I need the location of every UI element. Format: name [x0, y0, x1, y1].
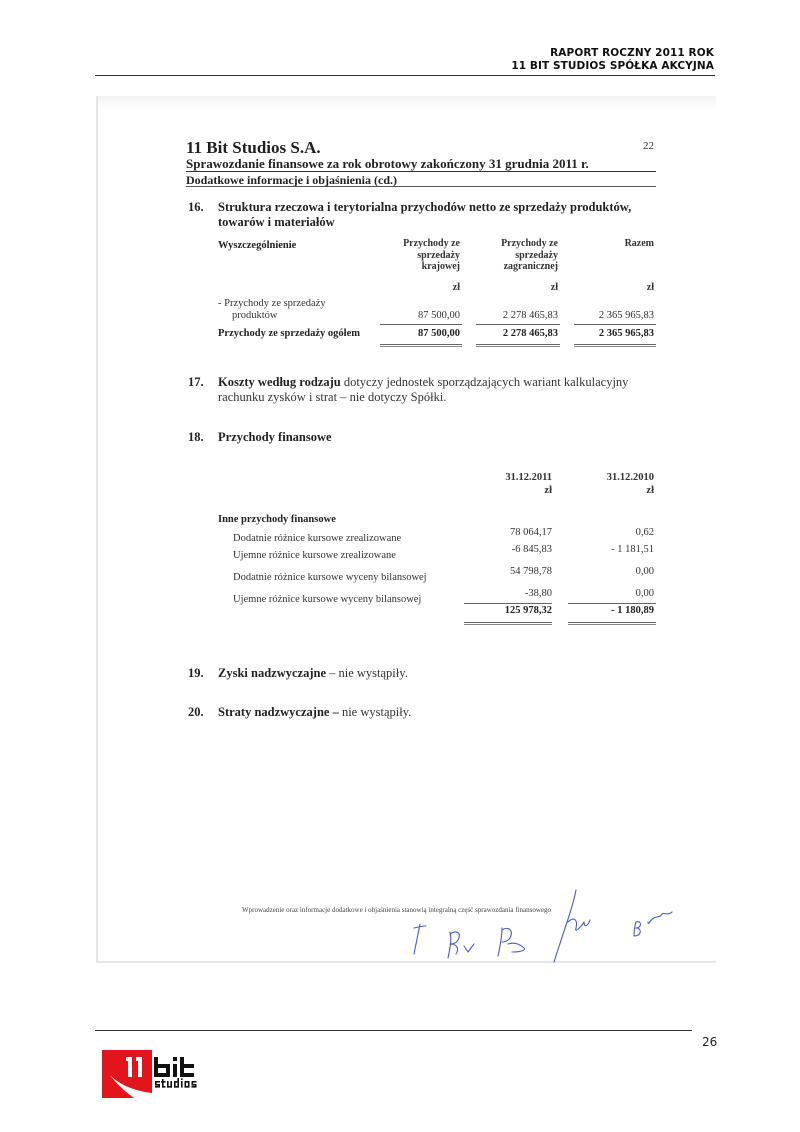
total-value: 2 365 965,83 — [578, 328, 654, 339]
group-label: Inne przychody finansowe — [218, 514, 336, 525]
cell-value: -38,80 — [468, 588, 552, 599]
section-bold-title: Koszty według rodzaju — [218, 375, 341, 389]
section-text-line: dotyczy jednostek sporządzających warian… — [341, 375, 629, 389]
cell-value: 54 798,78 — [468, 566, 552, 577]
section-number: 17. — [188, 375, 204, 390]
header-date: 31.12.2010 — [568, 471, 654, 484]
total-value: 2 278 465,83 — [478, 328, 558, 339]
report-header-text: RAPORT ROCZNY 2011 ROK 11 BIT STUDIOS SP… — [511, 47, 714, 72]
row-label: Ujemne różnice kursowe wyceny bilansowej — [233, 594, 421, 605]
footer-divider — [95, 1030, 692, 1031]
subtitle-divider — [186, 171, 656, 172]
report-title: RAPORT ROCZNY 2011 ROK — [511, 47, 714, 60]
signature-3 — [498, 928, 525, 956]
total-value: 87 500,00 — [378, 328, 460, 339]
section-bold-title: Zyski nadzwyczajne — [218, 666, 326, 680]
header-date: 31.12.2011 — [468, 471, 552, 484]
table-rule — [574, 324, 656, 325]
table-rule — [476, 324, 560, 325]
total-label: Przychody ze sprzedaży ogółem — [218, 328, 360, 339]
row-label-line: - Przychody ze sprzedaży — [218, 298, 326, 310]
row-label: - Przychody ze sprzedaży produktów — [218, 298, 326, 322]
section-number: 20. — [188, 705, 204, 720]
signature-4 — [554, 890, 590, 962]
column-header-total: Razem — [578, 238, 654, 250]
company-title: 11 BIT STUDIOS SPÓŁKA AKCYJNA — [511, 60, 714, 73]
scan-page-number: 22 — [643, 140, 654, 152]
scan-subtitle: Sprawozdanie finansowe za rok obrotowy z… — [186, 156, 589, 172]
cell-value: -6 845,83 — [468, 544, 552, 555]
table-double-rule — [574, 344, 656, 347]
table-double-rule — [568, 622, 656, 625]
unit-label: zł — [378, 282, 460, 294]
section-title: Przychody finansowe — [218, 430, 332, 445]
total-value: - 1 180,89 — [568, 605, 654, 616]
logo-studios-glyphs — [155, 1078, 197, 1088]
section-title-line: towarów i materiałów — [218, 215, 631, 230]
table-rule — [464, 603, 552, 604]
section-text: Zyski nadzwyczajne – nie wystąpiły. — [218, 666, 408, 681]
total-value: 125 978,32 — [468, 605, 552, 616]
row-label: Dodatnie różnice kursowe wyceny bilansow… — [233, 572, 427, 583]
header-line: zagranicznej — [478, 261, 558, 273]
header-line: sprzedaży — [378, 250, 460, 262]
scan-shadow — [98, 96, 716, 110]
signature-2 — [448, 932, 474, 958]
column-header-label: Wyszczególnienie — [218, 240, 296, 251]
section-text-line: rachunku zysków i strat – nie dotyczy Sp… — [218, 390, 698, 405]
section-title-line: Struktura rzeczowa i terytorialna przych… — [218, 200, 631, 215]
cell-value: - 1 181,51 — [568, 544, 654, 555]
cell-value: 2 365 965,83 — [578, 310, 654, 321]
header-unit: zł — [568, 484, 654, 497]
header-line: Razem — [578, 238, 654, 250]
section-text: Straty nadzwyczajne – nie wystąpiły. — [218, 705, 411, 720]
table-double-rule — [464, 622, 552, 625]
cell-value: 0,00 — [568, 588, 654, 599]
cell-value: 0,62 — [568, 527, 654, 538]
row-label: Ujemne różnice kursowe zrealizowane — [233, 550, 396, 561]
header-divider — [95, 75, 715, 76]
row-label: Dodatnie różnice kursowe zrealizowane — [233, 533, 401, 544]
section-text: Koszty według rodzaju dotyczy jednostek … — [218, 375, 698, 405]
signature-5 — [634, 912, 672, 936]
11bit-studios-logo — [102, 1047, 222, 1102]
header-line: Przychody ze — [378, 238, 460, 250]
logo-bit-glyphs — [154, 1057, 194, 1077]
cell-value: 0,00 — [568, 566, 654, 577]
section-number: 19. — [188, 666, 204, 681]
scan-company-name: 11 Bit Studios S.A. — [186, 138, 321, 158]
header-line: sprzedaży — [478, 250, 558, 262]
header-line: krajowej — [378, 261, 460, 273]
signatures — [398, 886, 688, 966]
column-header-2010: 31.12.2010 zł — [568, 471, 654, 497]
section-text-tail: – nie wystąpiły. — [326, 666, 408, 680]
section-number: 18. — [188, 430, 204, 445]
header-unit: zł — [468, 484, 552, 497]
section-title: Struktura rzeczowa i terytorialna przych… — [218, 200, 631, 230]
section-bold-title: Straty nadzwyczajne – — [218, 705, 339, 719]
cell-value: 87 500,00 — [378, 310, 460, 321]
section-number: 16. — [188, 200, 204, 215]
column-header-domestic: Przychody ze sprzedaży krajowej — [378, 238, 460, 273]
row-label-line: produktów — [218, 310, 326, 322]
table-double-rule — [476, 344, 560, 347]
column-header-foreign: Przychody ze sprzedaży zagranicznej — [478, 238, 558, 273]
cell-value: 78 064,17 — [468, 527, 552, 538]
scanned-page: 11 Bit Studios S.A. 22 Sprawozdanie fina… — [96, 96, 716, 963]
report-page-number: 26 — [702, 1035, 717, 1049]
table-rule — [568, 603, 656, 604]
table-rule — [380, 324, 462, 325]
header-line: Przychody ze — [478, 238, 558, 250]
unit-label: zł — [478, 282, 558, 294]
unit-label: zł — [578, 282, 654, 294]
subtitle2-divider — [186, 186, 656, 187]
signature-1 — [414, 924, 426, 954]
section-text-tail: nie wystąpiły. — [339, 705, 411, 719]
cell-value: 2 278 465,83 — [478, 310, 558, 321]
column-header-2011: 31.12.2011 zł — [468, 471, 552, 497]
table-double-rule — [380, 344, 462, 347]
